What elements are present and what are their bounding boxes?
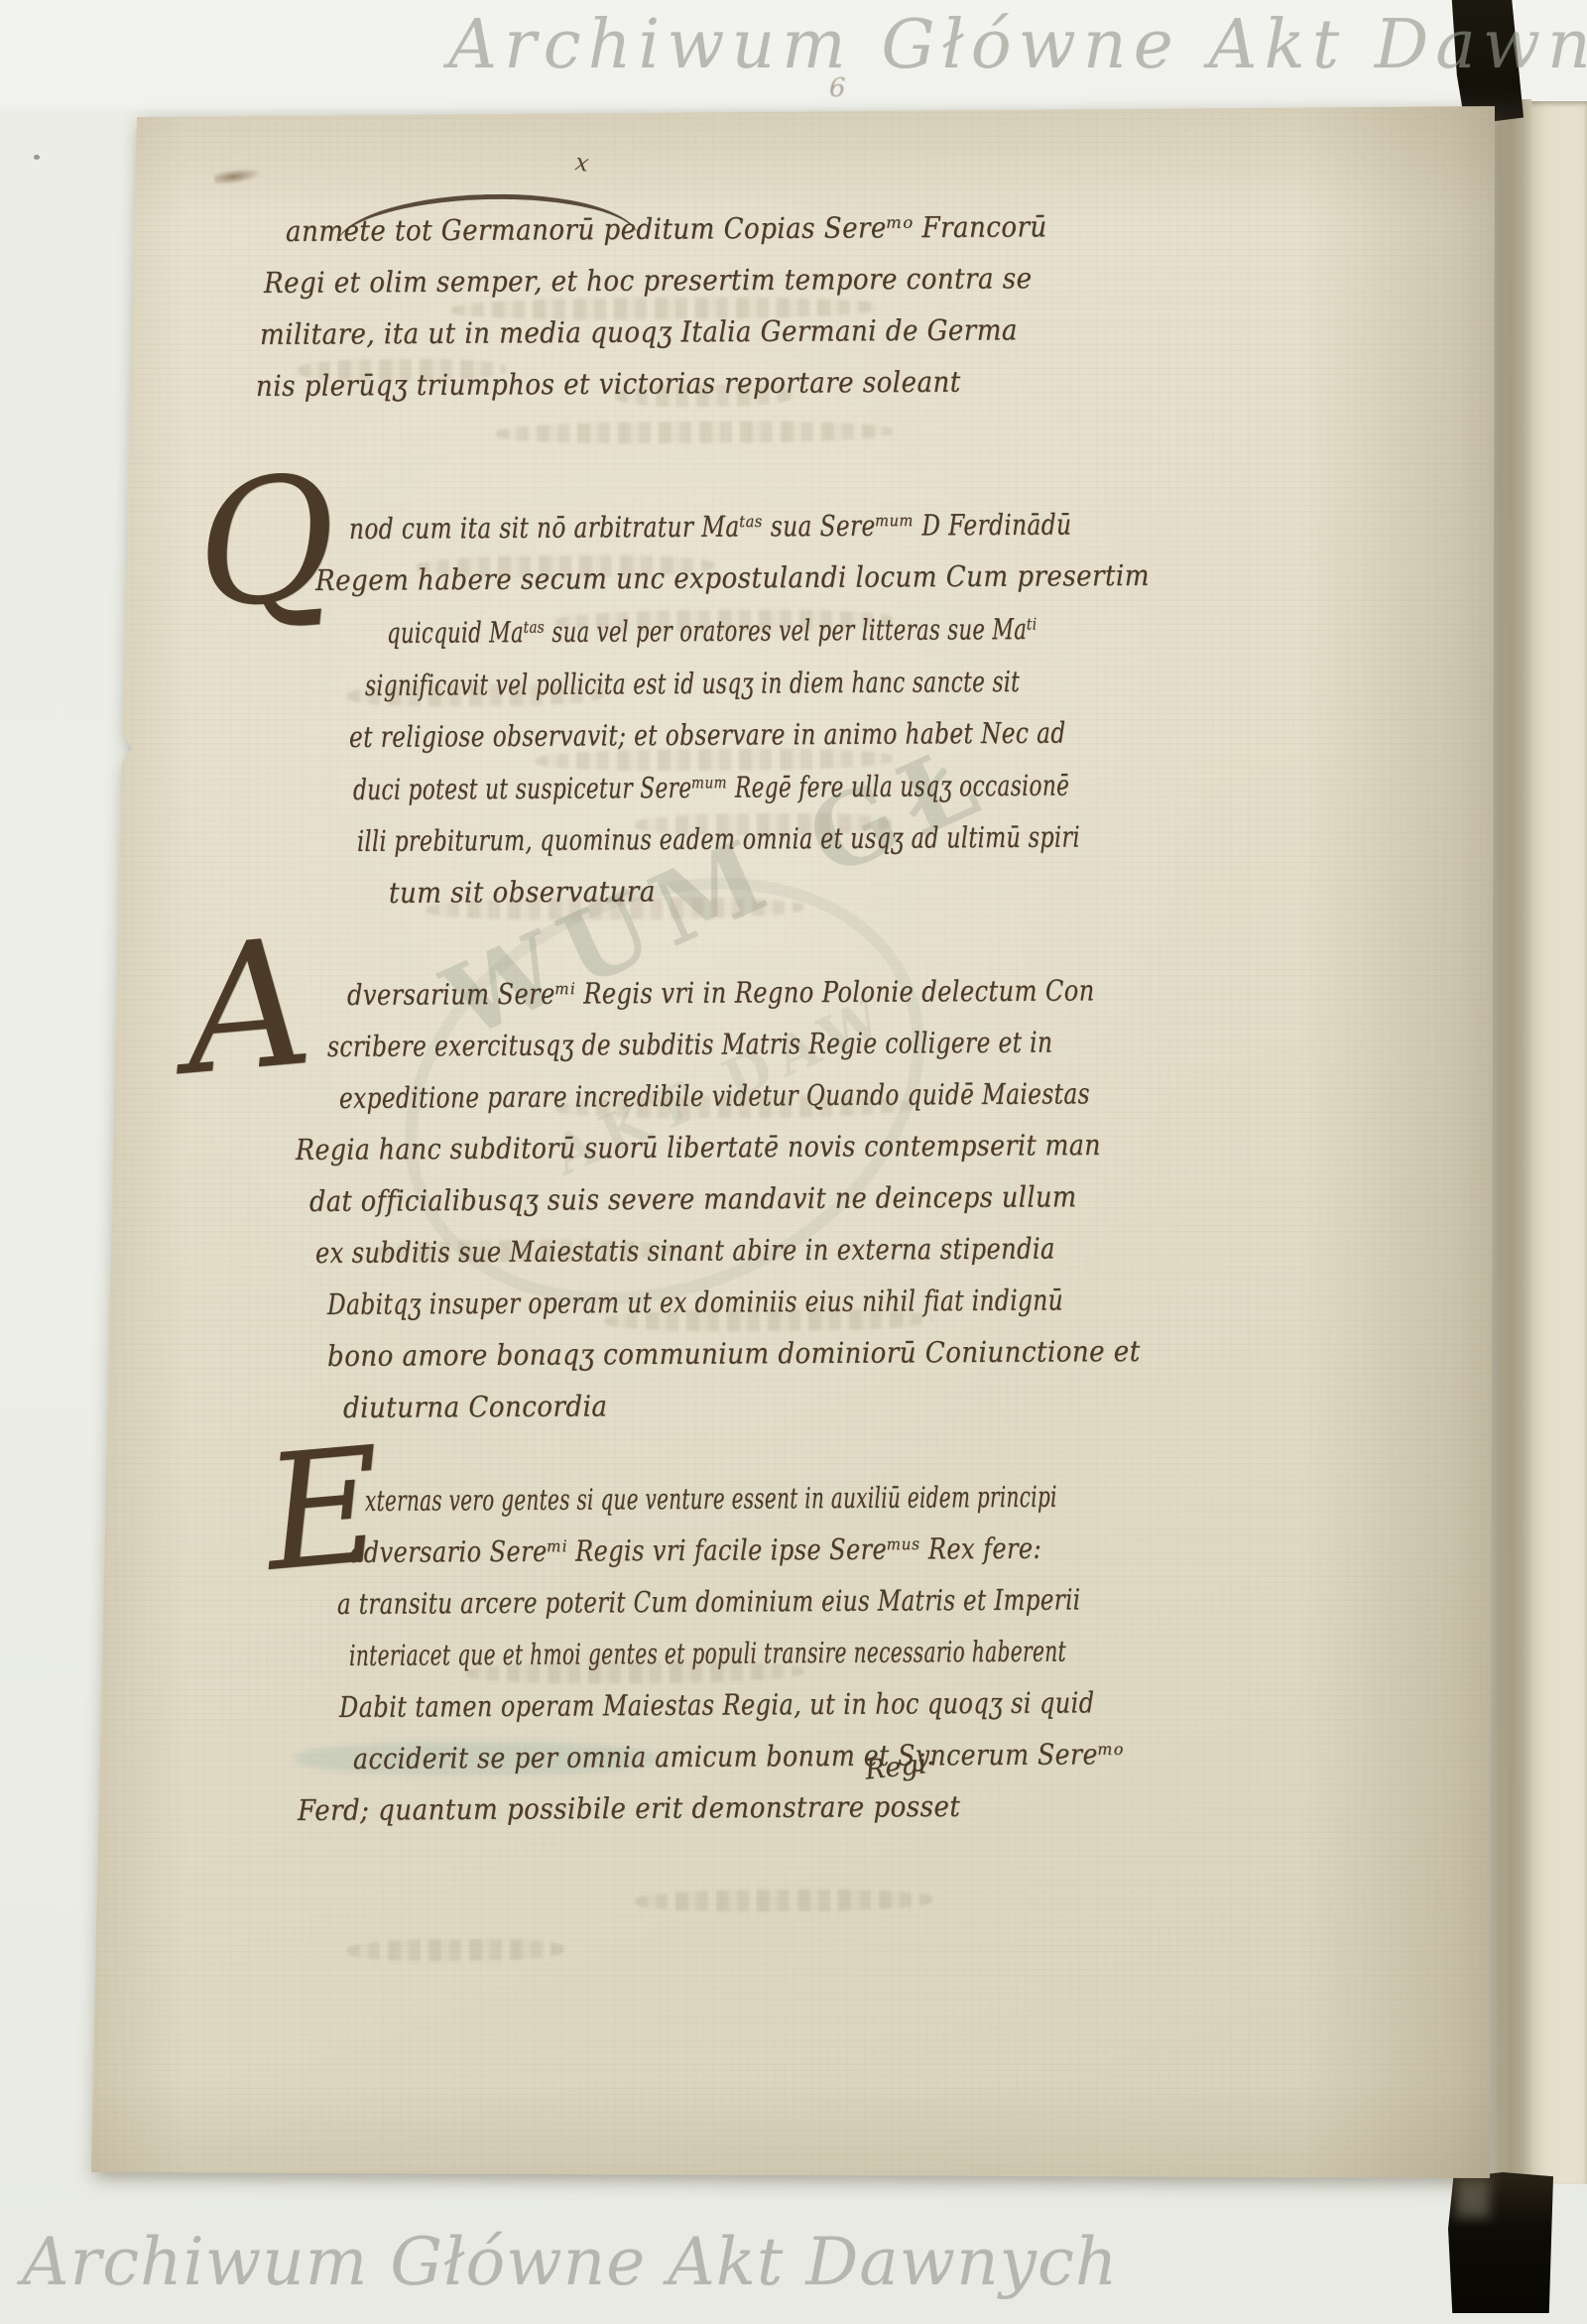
manuscript-line: tum sit observatura [389, 874, 656, 910]
corner-smudge-mark: 6 [829, 73, 846, 103]
watermark-top: Archiwum Główne Akt Dawnych [448, 6, 1587, 84]
scan-background: WUM GŁ AKT DAW x 6 anmete tot Germanorū … [0, 0, 1587, 2324]
manuscript-line: interiacet que et hmoi gentes et populi … [349, 1635, 1066, 1672]
manuscript-line: duci potest ut suspicetur Sereᵐᵘᵐ Regē f… [353, 769, 1069, 806]
manuscript-line: expeditione parare incredibile videtur Q… [339, 1076, 1090, 1115]
manuscript-line: scribere exercitusqʒ de subditis Matris … [327, 1026, 1053, 1063]
paragraph-initial: A [179, 933, 316, 1083]
manuscript-line: xternas vero gentes si que venture essen… [365, 1480, 1057, 1518]
manuscript-line: dversarium Sereᵐⁱ Regis vri in Regno Pol… [347, 973, 1095, 1012]
manuscript-line: Regi et olim semper, et hoc presertim te… [264, 261, 1033, 300]
manuscript-line: nis plerūqʒ triumphos et victorias repor… [256, 365, 961, 403]
dust-speck [34, 155, 40, 160]
manuscript-line: nod cum ita sit nō arbitratur Maᵗᵃˢ sua … [349, 508, 1072, 546]
watermark-bottom: Archiwum Główne Akt Dawnych [22, 2224, 1118, 2300]
manuscript-line: bono amore bonaqʒ communium dominiorū Co… [327, 1334, 1141, 1373]
manuscript-line: Dabitqʒ insuper operam ut ex dominiis ei… [327, 1283, 1063, 1321]
binding-strap-bottom [1448, 2172, 1553, 2313]
manuscript-line: adversario Sereᵐⁱ Regis vri facile ipse … [349, 1531, 1041, 1569]
verso-bleedthrough-row [347, 1938, 565, 1962]
manuscript-line: Dabit tamen operam Maiestas Regia, ut in… [339, 1685, 1095, 1724]
manuscript-line: acciderit se per omnia amicum bonum et S… [353, 1737, 1124, 1775]
manuscript-line: anmete tot Germanorū peditum Copias Sere… [286, 209, 1047, 248]
manuscript-line: significavit vel pollicita est id usqʒ i… [365, 665, 1020, 702]
manuscript-line: illi prebiturum, quominus eadem omnia et… [357, 820, 1080, 858]
manuscript-line: quicquid Maᵗᵃˢ sua vel per oratores vel … [387, 612, 1038, 650]
manuscript-line: Ferd; quantum possibile erit demonstrare… [298, 1789, 960, 1827]
manuscript-line: dat officialibusqʒ suis severe mandavit … [309, 1179, 1077, 1218]
manuscript-line: a transitu arcere poterit Cum dominium e… [337, 1582, 1081, 1621]
manuscript-line: militare, ita ut in media quoqʒ Italia G… [260, 312, 1018, 351]
manuscript-line: Regem habere secum unc expostulandi locu… [315, 558, 1150, 597]
manuscript-line: ex subditis sue Maiestatis sinant abire … [315, 1231, 1055, 1270]
manuscript-line: Regia hanc subditorū suorū libertatē nov… [296, 1128, 1101, 1166]
facing-page-edge [1524, 101, 1587, 2184]
manuscript-line: diuturna Concordia [343, 1389, 608, 1424]
manuscript-line: et religiose observavit; et observare in… [349, 716, 1066, 754]
